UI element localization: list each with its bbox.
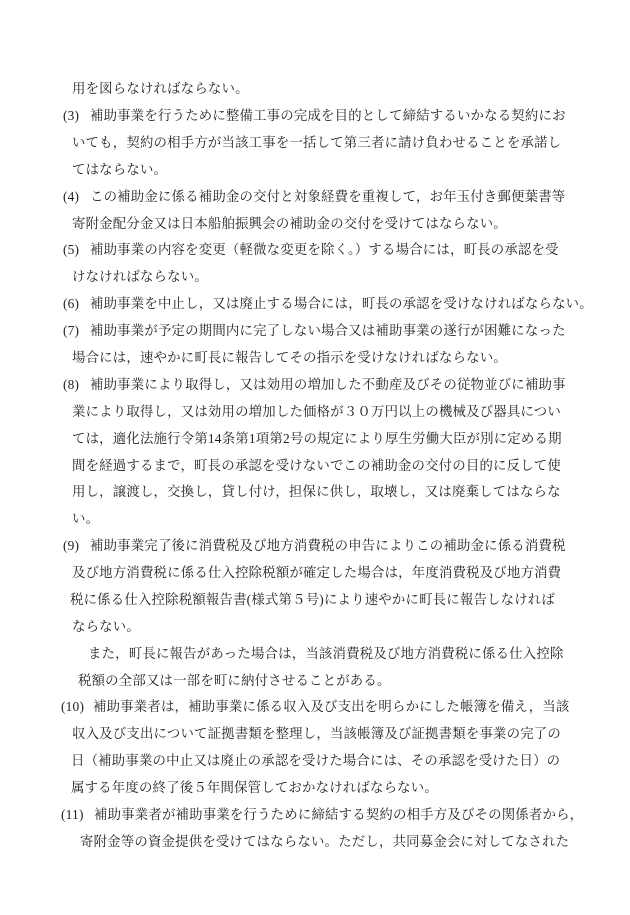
line-text: 用を図らなければならない。	[72, 81, 249, 96]
text-line: 収入及び支出について証拠書類を整理し，当該帳簿及び証拠書類を事業の完了の	[0, 726, 630, 741]
line-text: 補助事業者が補助事業を行うために締結する契約の相手方及びその関係者から，	[94, 807, 583, 822]
line-text: 補助事業完了後に消費税及び地方消費税の申告によりこの補助金に係る消費税	[90, 538, 566, 553]
line-text: 税額の全部又は一部を町に納付させることがある。	[78, 673, 391, 688]
line-text: い。	[72, 511, 99, 526]
text-line: 属する年度の終了後５年間保管しておかなければならない。	[0, 780, 630, 795]
text-line: (4) この補助金に係る補助金の交付と対象経費を重複して，お年玉付き郵便葉書等	[0, 189, 630, 204]
line-text: 補助事業が予定の期間内に完了しない場合又は補助事業の遂行が困難になった	[90, 323, 566, 338]
text-line: 寄附金等の資金提供を受けてはならない。ただし，共同募金会に対してなされた	[0, 834, 630, 849]
line-text: 税に係る仕入控除税額報告書(様式第５号)により速やかに町長に報告しなければ	[70, 592, 555, 607]
text-line: 税額の全部又は一部を町に納付させることがある。	[0, 673, 630, 688]
text-line: ては，適化法施行令第14条第1項第2号の規定により厚生労働大臣が別に定める期	[0, 431, 630, 446]
text-line: ならない。	[0, 619, 630, 634]
document-page: 用を図らなければならない。 (3) 補助事業を行うために整備工事の完成を目的とし…	[0, 0, 630, 915]
text-line: てはならない。	[0, 162, 630, 177]
line-text: ならない。	[72, 619, 140, 634]
line-text: けなければならない。	[72, 269, 208, 284]
line-text: 補助事業を行うために整備工事の完成を目的として締結するいかなる契約にお	[90, 108, 566, 123]
item-number: (7)	[63, 323, 79, 338]
text-line: (7) 補助事業が予定の期間内に完了しない場合又は補助事業の遂行が困難になった	[0, 323, 630, 338]
line-text: 収入及び支出について証拠書類を整理し，当該帳簿及び証拠書類を事業の完了の	[72, 726, 561, 741]
text-line: (6) 補助事業を中止し，又は廃止する場合には，町長の承認を受けなければならない…	[0, 296, 630, 311]
line-text: 補助事業を中止し，又は廃止する場合には，町長の承認を受けなければならない。	[90, 296, 593, 311]
line-text: てはならない。	[72, 162, 167, 177]
line-text: 日（補助事業の中止又は廃止の承認を受けた場合には、その承認を受けた日）の	[71, 753, 560, 768]
text-line: 場合には，速やかに町長に報告してその指示を受けなければならない。	[0, 350, 630, 365]
text-line: また，町長に報告があった場合は，当該消費税及び地方消費税に係る仕入控除	[0, 646, 630, 661]
text-line: 及び地方消費税に係る仕入控除税額が確定した場合は，年度消費税及び地方消費	[0, 565, 630, 580]
line-text: 場合には，速やかに町長に報告してその指示を受けなければならない。	[72, 350, 507, 365]
line-text: また，町長に報告があった場合は，当該消費税及び地方消費税に係る仕入控除	[88, 646, 564, 661]
line-text: いても，契約の相手方が当該工事を一括して第三者に請け負わせることを承諾し	[72, 135, 561, 150]
line-text: 属する年度の終了後５年間保管しておかなければならない。	[71, 780, 438, 795]
text-line: 用を図らなければならない。	[0, 81, 630, 96]
line-text: 業により取得し，又は効用の増加した価格が３０万円以上の機械及び器具につい	[72, 404, 561, 419]
item-number: (9)	[63, 538, 79, 553]
item-number: (5)	[63, 242, 79, 257]
text-line: (5) 補助事業の内容を変更（軽微な変更を除く。）する場合には，町長の承認を受	[0, 242, 630, 257]
line-text: 用し，譲渡し，交換し，貸し付け，担保に供し，取壊し，又は廃棄してはならな	[72, 484, 561, 499]
item-number: (6)	[63, 296, 79, 311]
text-line: 用し，譲渡し，交換し，貸し付け，担保に供し，取壊し，又は廃棄してはならな	[0, 484, 630, 499]
item-number: (11)	[61, 807, 84, 822]
line-text: 補助事業により取得し，又は効用の増加した不動産及びその従物並びに補助事	[90, 377, 566, 392]
line-text: 補助事業の内容を変更（軽微な変更を除く。）する場合には，町長の承認を受	[90, 242, 559, 257]
text-line: 業により取得し，又は効用の増加した価格が３０万円以上の機械及び器具につい	[0, 404, 630, 419]
text-line: い。	[0, 511, 630, 526]
line-text: 及び地方消費税に係る仕入控除税額が確定した場合は，年度消費税及び地方消費	[72, 565, 561, 580]
text-line: (8) 補助事業により取得し，又は効用の増加した不動産及びその従物並びに補助事	[0, 377, 630, 392]
text-line: (9) 補助事業完了後に消費税及び地方消費税の申告によりこの補助金に係る消費税	[0, 538, 630, 553]
text-line: 寄附金配分金又は日本船舶振興会の補助金の交付を受けてはならない。	[0, 216, 630, 231]
item-number: (8)	[63, 377, 79, 392]
text-line: (3) 補助事業を行うために整備工事の完成を目的として締結するいかなる契約にお	[0, 108, 630, 123]
text-line: 日（補助事業の中止又は廃止の承認を受けた場合には、その承認を受けた日）の	[0, 753, 630, 768]
text-line: いても，契約の相手方が当該工事を一括して第三者に請け負わせることを承諾し	[0, 135, 630, 150]
line-text: 間を経過するまで，町長の承認を受けないでこの補助金の交付の目的に反して使	[72, 458, 561, 473]
item-number: (10)	[61, 699, 84, 714]
text-line: けなければならない。	[0, 269, 630, 284]
text-line: 間を経過するまで，町長の承認を受けないでこの補助金の交付の目的に反して使	[0, 458, 630, 473]
text-line: 税に係る仕入控除税額報告書(様式第５号)により速やかに町長に報告しなければ	[0, 592, 630, 607]
line-text: この補助金に係る補助金の交付と対象経費を重複して，お年玉付き郵便葉書等	[90, 189, 565, 204]
line-text: 寄附金配分金又は日本船舶振興会の補助金の交付を受けてはならない。	[72, 216, 507, 231]
item-number: (4)	[63, 189, 79, 204]
text-line: (11) 補助事業者が補助事業を行うために締結する契約の相手方及びその関係者から…	[0, 807, 630, 822]
item-number: (3)	[63, 108, 79, 123]
line-text: ては，適化法施行令第14条第1項第2号の規定により厚生労働大臣が別に定める期	[72, 431, 562, 446]
text-line: (10) 補助事業者は，補助事業に係る収入及び支出を明らかにした帳簿を備え，当該	[0, 699, 630, 714]
line-text: 補助事業者は，補助事業に係る収入及び支出を明らかにした帳簿を備え，当該	[93, 699, 569, 714]
line-text: 寄附金等の資金提供を受けてはならない。ただし，共同募金会に対してなされた	[80, 834, 569, 849]
